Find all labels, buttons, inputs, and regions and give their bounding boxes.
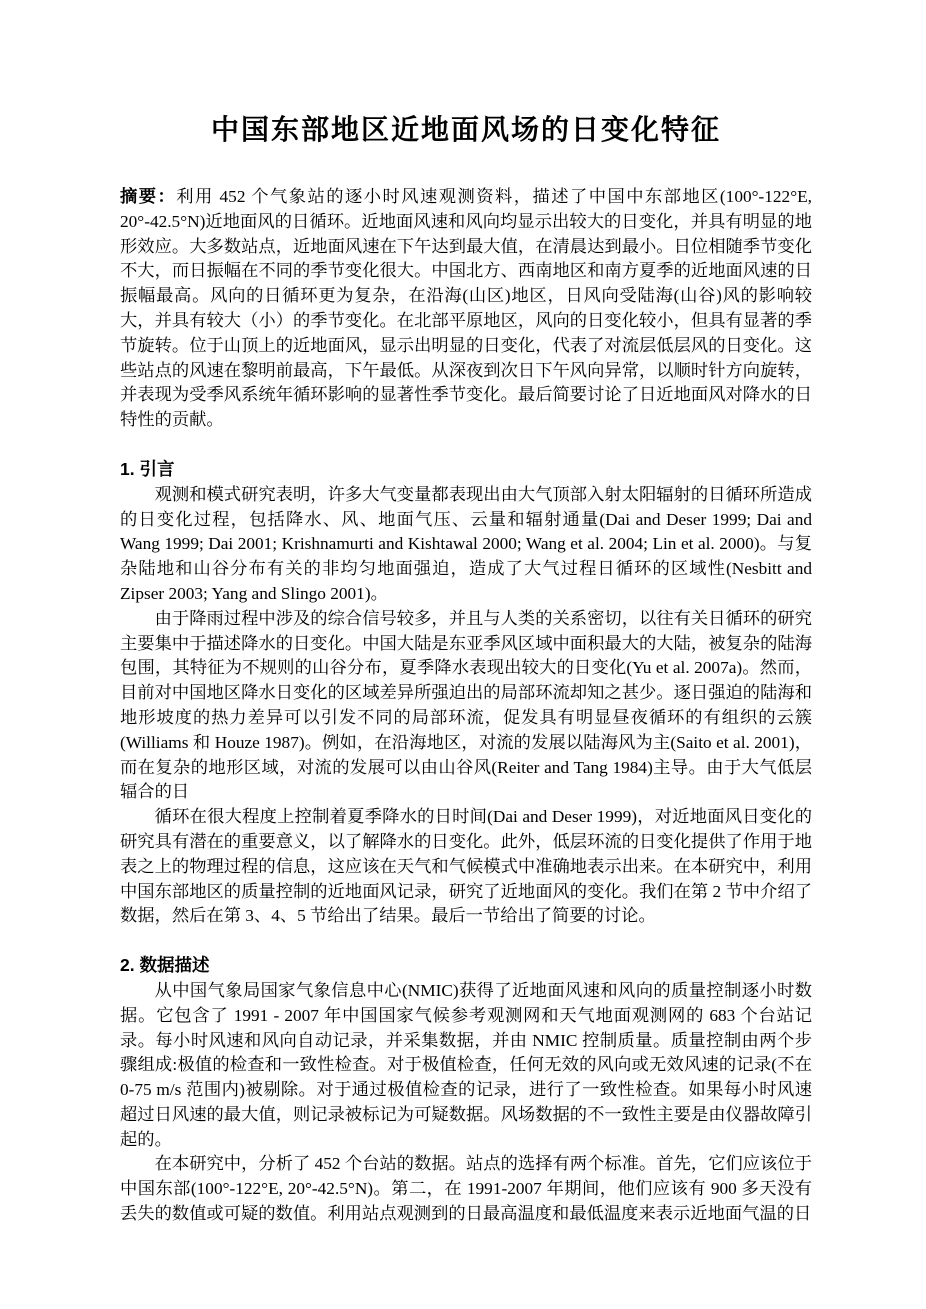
section-2-paragraph-2: 在本研究中，分析了 452 个台站的数据。站点的选择有两个标准。首先，它们应该位… [120,1152,812,1226]
document-page: 中国东部地区近地面风场的日变化特征 摘要：利用 452 个气象站的逐小时风速观测… [0,0,926,1309]
section-1-heading: 1. 引言 [120,457,812,482]
section-introduction: 1. 引言 观测和模式研究表明，许多大气变量都表现出由大气顶部入射太阳辐射的日循… [120,457,812,929]
abstract-text: 利用 452 个气象站的逐小时风速观测资料，描述了中国中东部地区(100°-12… [120,187,812,429]
section-1-paragraph-1: 观测和模式研究表明，许多大气变量都表现出由大气顶部入射太阳辐射的日循环所造成的日… [120,483,812,607]
section-2-paragraph-1: 从中国气象局国家气象信息中心(NMIC)获得了近地面风速和风向的质量控制逐小时数… [120,979,812,1153]
section-data-description: 2. 数据描述 从中国气象局国家气象信息中心(NMIC)获得了近地面风速和风向的… [120,953,812,1227]
section-2-heading: 2. 数据描述 [120,953,812,978]
section-1-paragraph-3: 循环在很大程度上控制着夏季降水的日时间(Dai and Deser 1999)，… [120,805,812,929]
abstract: 摘要：利用 452 个气象站的逐小时风速观测资料，描述了中国中东部地区(100°… [120,184,812,433]
section-1-paragraph-2: 由于降雨过程中涉及的综合信号较多，并且与人类的关系密切，以往有关日循环的研究主要… [120,607,812,805]
paper-title: 中国东部地区近地面风场的日变化特征 [120,113,812,147]
abstract-label: 摘要： [120,186,176,206]
